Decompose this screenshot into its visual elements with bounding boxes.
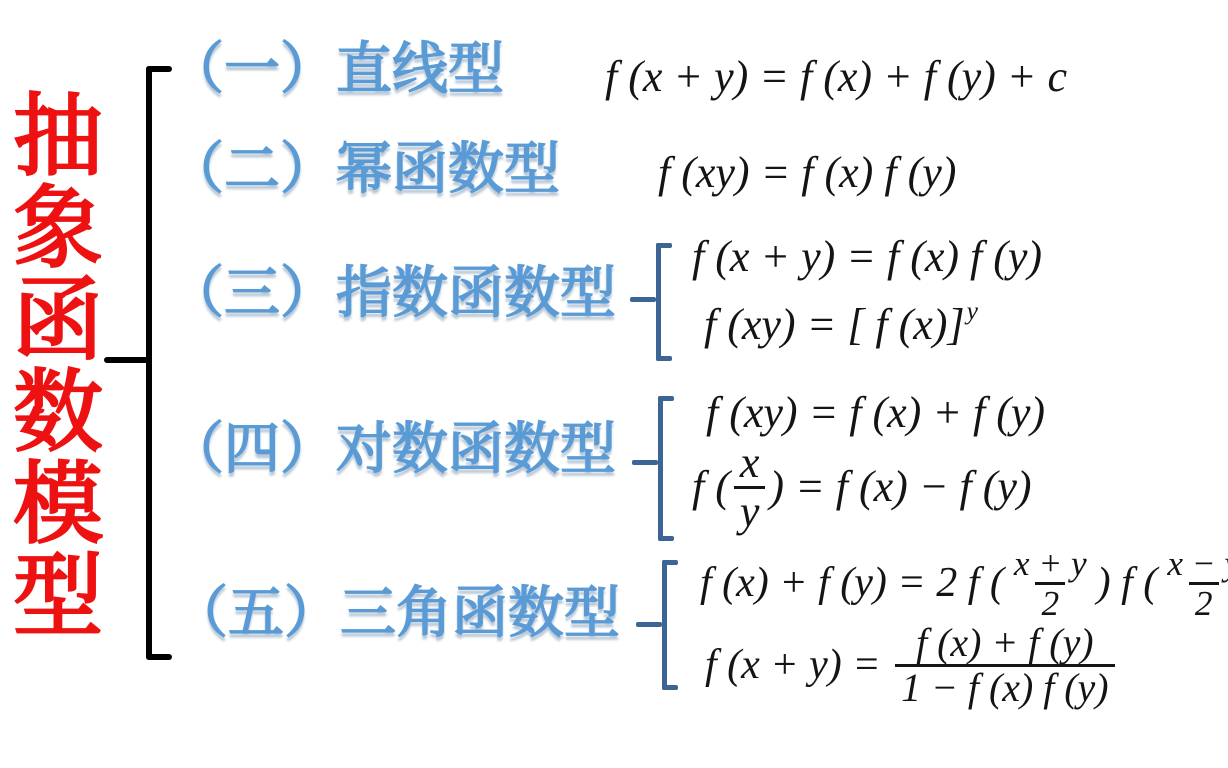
trig-bracket-spine <box>662 560 667 690</box>
category-label-power: （二）幂函数型 <box>168 138 560 200</box>
page-title: 抽象函数模型 <box>4 88 94 640</box>
exp-bracket-spine <box>656 243 661 361</box>
trig-bracket-top-hook <box>662 560 678 565</box>
fraction-x-over-y: x y <box>734 440 766 535</box>
formula-logarithmic-2: f ( x y ) = f (x) − f (y) <box>692 440 1032 535</box>
fraction-denominator: y <box>734 486 766 535</box>
formula-linear-text: f (x + y) = f (x) + f (y) + c <box>605 52 1067 103</box>
category-label-logarithmic: （四）对数函数型 <box>168 418 616 480</box>
main-bracket-bottom-hook <box>146 654 172 660</box>
log-bracket-spine <box>658 396 663 541</box>
formula-logarithmic-2-pre: f ( <box>692 462 730 513</box>
formula-power-text: f (xy) = f (x) f (y) <box>658 148 956 199</box>
formula-power: f (xy) = f (x) f (y) <box>658 148 956 199</box>
diagram-canvas: 抽象函数模型 （一）直线型 f (x + y) = f (x) + f (y) … <box>0 0 1228 768</box>
fraction-denominator: 1 − f (x) f (y) <box>895 664 1114 709</box>
log-bracket-connector <box>632 460 658 465</box>
fraction-numerator: x + y <box>1008 545 1093 582</box>
exp-bracket-top-hook <box>656 243 672 248</box>
formula-trigonometric-2-pre: f (x + y) = <box>705 641 891 689</box>
fraction-denominator: 2 <box>1189 582 1219 622</box>
formula-exponential-1: f (x + y) = f (x) f (y) <box>692 232 1042 283</box>
category-label-trigonometric: （五）三角函数型 <box>172 582 620 644</box>
log-bracket-bottom-hook <box>658 536 674 541</box>
formula-exponential-2-base: f (xy) = [ f (x)] <box>704 300 965 351</box>
fraction-sum-over-one-minus-product: f (x) + f (y) 1 − f (x) f (y) <box>895 622 1114 709</box>
fraction-denominator: 2 <box>1035 582 1065 622</box>
main-bracket-spine <box>146 66 152 660</box>
fraction-numerator: x − y <box>1161 545 1228 582</box>
trig-bracket-bottom-hook <box>662 685 678 690</box>
log-bracket-top-hook <box>658 396 674 401</box>
formula-linear: f (x + y) = f (x) + f (y) + c <box>605 52 1067 103</box>
fraction-x-plus-y-over-2: x + y 2 <box>1008 545 1093 622</box>
formula-trigonometric-1-pre: f (x) + f (y) = 2 f ( <box>700 559 1004 607</box>
main-bracket-connector <box>104 357 150 363</box>
trig-bracket-connector <box>636 622 662 627</box>
fraction-numerator: x <box>734 440 766 486</box>
formula-trigonometric-1: f (x) + f (y) = 2 f ( x + y 2 ) f ( x − … <box>700 545 1228 622</box>
formula-logarithmic-1: f (xy) = f (x) + f (y) <box>706 388 1045 439</box>
formula-exponential-2-exponent: y <box>967 296 978 325</box>
formula-trigonometric-1-mid: ) f ( <box>1097 559 1158 607</box>
fraction-numerator: f (x) + f (y) <box>910 622 1100 664</box>
formula-logarithmic-2-post: ) = f (x) − f (y) <box>769 462 1031 513</box>
fraction-x-minus-y-over-2: x − y 2 <box>1161 545 1228 622</box>
formula-logarithmic-1-text: f (xy) = f (x) + f (y) <box>706 388 1045 439</box>
formula-exponential-2: f (xy) = [ f (x)]y <box>704 300 978 351</box>
exp-bracket-bottom-hook <box>656 356 672 361</box>
formula-trigonometric-2: f (x + y) = f (x) + f (y) 1 − f (x) f (y… <box>705 622 1119 709</box>
category-label-linear: （一）直线型 <box>168 38 504 100</box>
exp-bracket-connector <box>630 297 656 302</box>
category-label-exponential: （三）指数函数型 <box>168 262 616 324</box>
formula-exponential-1-text: f (x + y) = f (x) f (y) <box>692 232 1042 283</box>
